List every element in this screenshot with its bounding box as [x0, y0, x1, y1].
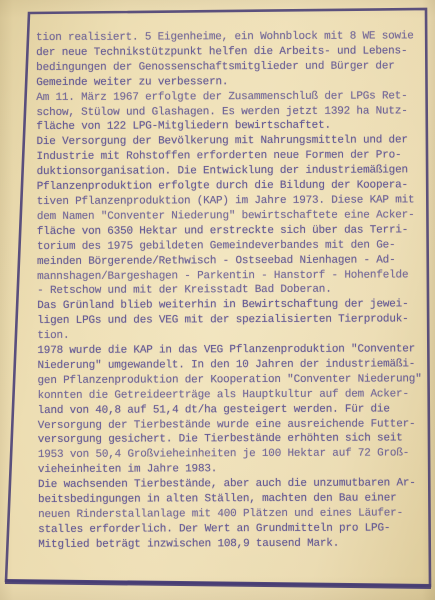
text-line: beitsbedingungen in alten Ställen, macht… [38, 491, 426, 508]
text-line: versorgung gesichert. Die Tierbestände e… [38, 432, 426, 449]
text-line: schow, Stülow und Glashagen. Es werden j… [36, 104, 424, 121]
text-line: Industrie mit Rohstoffen erforderten neu… [37, 149, 425, 166]
text-line: tiven Pflanzenproduktion (KAP) im Jahre … [37, 193, 425, 210]
text-line: meinden Börgerende/Rethwisch - Ostseebad… [37, 253, 425, 270]
text-line: land von 40,8 auf 51,4 dt/ha gesteigert … [38, 402, 426, 419]
text-line: Niederung" umgewandelt. In den 10 Jahren… [37, 357, 425, 374]
text-line: Das Grünland blieb weiterhin in Bewirtsc… [37, 298, 425, 315]
text-line: neuen Rinderstallanlage mit 400 Plätzen … [38, 506, 426, 523]
text-line: Die Versorgung der Bevölkerung mit Nahru… [36, 134, 424, 151]
text-line: Versorgung der Tierbestände wurde eine a… [38, 417, 426, 434]
text-line: mannshagen/Bargeshagen - Parkentin - Han… [37, 268, 425, 285]
typewritten-text: tion realisiert. 5 Eigenheime, ein Wohnb… [36, 29, 426, 552]
text-line: fläche von 122 LPG-Mitgliedern bewirtsch… [36, 119, 424, 136]
text-line: Gemeinde weiter zu verbessern. [36, 74, 424, 91]
text-line: - Retschow und mit der Kreisstadt Bad Do… [37, 283, 425, 300]
text-line: konnten die Getreideerträge als Hauptkul… [38, 387, 426, 404]
text-line: vieheinheiten im Jahre 1983. [38, 462, 426, 479]
text-line: Die wachsenden Tierbestände, aber auch d… [38, 476, 426, 493]
text-line: fläche von 6350 Hektar und erstreckte si… [37, 223, 425, 240]
text-line: torium des 1975 gebildeten Gemeindeverba… [37, 238, 425, 255]
text-line: der neue Technikstützpunkt helfen die Ar… [36, 44, 424, 61]
text-line: ligen LPGs und des VEG mit der spezialis… [37, 313, 425, 330]
text-line: Am 11. März 1967 erfolgte der Zusammensc… [36, 89, 424, 106]
text-line: Pflanzenproduktion erfolgte durch die Bi… [37, 178, 425, 195]
text-line: Mitglied beträgt inzwischen 108,9 tausen… [38, 536, 426, 553]
text-line: 1978 wurde die KAP in das VEG Pflanzenpr… [37, 342, 425, 359]
text-line: gen Pflanzenproduktion der Kooperation "… [37, 372, 425, 389]
text-line: tion. [37, 327, 425, 344]
ruled-frame-bottom-line [5, 582, 431, 587]
text-line: tion realisiert. 5 Eigenheime, ein Wohnb… [36, 29, 424, 46]
document-page: tion realisiert. 5 Eigenheime, ein Wohnb… [0, 0, 435, 600]
text-line: dem Namen "Conventer Niederung" bewirtsc… [37, 208, 425, 225]
text-line: duktionsorganisation. Die Entwicklung de… [37, 163, 425, 180]
text-line: 1953 von 50,4 Großvieheinheiten je 100 H… [38, 447, 426, 464]
text-line: stalles erforderlich. Der Wert an Grundm… [38, 521, 426, 538]
text-line: bedingungen der Genossenschaftsmitgliede… [36, 59, 424, 76]
